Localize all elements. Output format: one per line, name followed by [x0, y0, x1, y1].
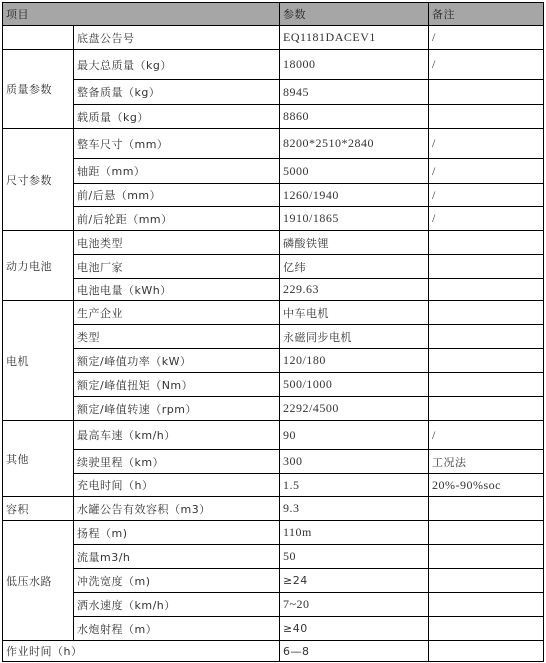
param-label: 水炮射程（m）	[74, 617, 280, 641]
param-note: /	[429, 421, 544, 450]
table-row: 电机生产企业中车电机	[3, 301, 544, 325]
param-value: 1.5	[280, 474, 429, 497]
group-label: 质量参数	[3, 50, 74, 129]
param-note	[429, 617, 544, 641]
param-value: 229.63	[280, 279, 429, 301]
param-value: EQ1181DACEV1	[280, 26, 429, 50]
table-row: 额定/峰值功率（kW）120/180	[3, 349, 544, 373]
param-label: 前/后轮距（mm）	[74, 207, 280, 231]
param-value: 50	[280, 545, 429, 569]
footer-value: 6—8	[280, 641, 429, 662]
table-row: 载质量（kg）8860	[3, 105, 544, 129]
group-label: 尺寸参数	[3, 129, 74, 231]
param-label: 前/后悬（mm）	[74, 184, 280, 207]
param-note: /	[429, 207, 544, 231]
param-note	[429, 373, 544, 397]
param-value: 2292/4500	[280, 397, 429, 421]
table-row: 动力电池电池类型磷酸铁锂	[3, 231, 544, 255]
param-label: 最大总质量（kg）	[74, 50, 280, 80]
param-value: ≥40	[280, 617, 429, 641]
header-note: 备注	[429, 3, 544, 26]
param-note: /	[429, 50, 544, 80]
param-note	[429, 545, 544, 569]
param-note: 20%-90%soc	[429, 474, 544, 497]
table-row: 流量m3/h50	[3, 545, 544, 569]
param-value: 8945	[280, 80, 429, 105]
param-value: 5000	[280, 159, 429, 184]
param-label: 电池电量（kWh）	[74, 279, 280, 301]
param-value: 300	[280, 450, 429, 474]
table-row: 容积水罐公告有效容积（m3）9.3	[3, 497, 544, 521]
param-note	[429, 255, 544, 279]
param-note	[429, 593, 544, 617]
param-value: 7~20	[280, 593, 429, 617]
param-note: /	[429, 159, 544, 184]
param-note	[429, 325, 544, 349]
param-label: 电池类型	[74, 231, 280, 255]
param-note	[429, 349, 544, 373]
param-label: 扬程（m)	[74, 521, 280, 545]
table-row: 电池厂家亿纬	[3, 255, 544, 279]
param-label: 洒水速度（km/h）	[74, 593, 280, 617]
param-note	[429, 301, 544, 325]
footer-label: 作业时间（h）	[3, 641, 280, 662]
table-row: 冲洗宽度（m)≥24	[3, 569, 544, 593]
param-label: 底盘公告号	[74, 26, 280, 50]
table-row: 额定/峰值转速（rpm）2292/4500	[3, 397, 544, 421]
param-note	[429, 105, 544, 129]
param-note	[429, 521, 544, 545]
table-row: 水炮射程（m）≥40	[3, 617, 544, 641]
group-label	[3, 26, 74, 50]
param-label: 生产企业	[74, 301, 280, 325]
param-value: 1260/1940	[280, 184, 429, 207]
table-row: 洒水速度（km/h）7~20	[3, 593, 544, 617]
param-value: 110m	[280, 521, 429, 545]
param-note: /	[429, 129, 544, 159]
param-value: 18000	[280, 50, 429, 80]
param-value: ≥24	[280, 569, 429, 593]
param-value: 500/1000	[280, 373, 429, 397]
param-label: 冲洗宽度（m)	[74, 569, 280, 593]
param-note	[429, 80, 544, 105]
param-value: 8200*2510*2840	[280, 129, 429, 159]
table-row: 低压水路扬程（m)110m	[3, 521, 544, 545]
table-row: 电池电量（kWh）229.63	[3, 279, 544, 301]
table-row: 质量参数最大总质量（kg）18000/	[3, 50, 544, 80]
group-label: 低压水路	[3, 521, 74, 641]
table-row: 尺寸参数整车尺寸（mm）8200*2510*2840/	[3, 129, 544, 159]
group-label: 电机	[3, 301, 74, 421]
param-label: 类型	[74, 325, 280, 349]
header-item: 项目	[3, 3, 280, 26]
param-note	[429, 231, 544, 255]
header-param: 参数	[280, 3, 429, 26]
param-label: 轴距（mm）	[74, 159, 280, 184]
param-value: 9.3	[280, 497, 429, 521]
param-label: 载质量（kg）	[74, 105, 280, 129]
param-label: 流量m3/h	[74, 545, 280, 569]
footer-note	[429, 641, 544, 662]
param-value: 亿纬	[280, 255, 429, 279]
param-value: 1910/1865	[280, 207, 429, 231]
param-label: 额定/峰值功率（kW）	[74, 349, 280, 373]
param-note: /	[429, 184, 544, 207]
param-value: 120/180	[280, 349, 429, 373]
param-value: 中车电机	[280, 301, 429, 325]
param-note: /	[429, 26, 544, 50]
param-note: 工况法	[429, 450, 544, 474]
param-label: 额定/峰值扭矩（Nm）	[74, 373, 280, 397]
param-label: 电池厂家	[74, 255, 280, 279]
param-label: 整车尺寸（mm）	[74, 129, 280, 159]
param-note	[429, 569, 544, 593]
param-label: 最高车速（km/h）	[74, 421, 280, 450]
param-label: 额定/峰值转速（rpm）	[74, 397, 280, 421]
param-value: 8860	[280, 105, 429, 129]
table-row: 前/后轮距（mm）1910/1865/	[3, 207, 544, 231]
param-note	[429, 397, 544, 421]
param-value: 磷酸铁锂	[280, 231, 429, 255]
group-label: 容积	[3, 497, 74, 521]
header-row: 项目 参数 备注	[3, 3, 544, 26]
group-label: 动力电池	[3, 231, 74, 301]
table-row: 续驶里程（km）300工况法	[3, 450, 544, 474]
param-label: 充电时间（h）	[74, 474, 280, 497]
param-value: 永磁同步电机	[280, 325, 429, 349]
footer-row: 作业时间（h）6—8	[3, 641, 544, 662]
table-row: 轴距（mm）5000/	[3, 159, 544, 184]
param-label: 续驶里程（km）	[74, 450, 280, 474]
table-row: 充电时间（h）1.520%-90%soc	[3, 474, 544, 497]
param-note	[429, 279, 544, 301]
table-row: 底盘公告号EQ1181DACEV1/	[3, 26, 544, 50]
table-row: 额定/峰值扭矩（Nm）500/1000	[3, 373, 544, 397]
table-row: 前/后悬（mm）1260/1940/	[3, 184, 544, 207]
param-label: 水罐公告有效容积（m3）	[74, 497, 280, 521]
param-value: 90	[280, 421, 429, 450]
group-label: 其他	[3, 421, 74, 497]
param-note	[429, 497, 544, 521]
table-row: 类型永磁同步电机	[3, 325, 544, 349]
spec-table-body: 底盘公告号EQ1181DACEV1/质量参数最大总质量（kg）18000/整备质…	[3, 26, 544, 662]
table-row: 整备质量（kg）8945	[3, 80, 544, 105]
table-row: 其他最高车速（km/h）90/	[3, 421, 544, 450]
param-label: 整备质量（kg）	[74, 80, 280, 105]
spec-table: 项目 参数 备注 底盘公告号EQ1181DACEV1/质量参数最大总质量（kg）…	[2, 2, 544, 662]
